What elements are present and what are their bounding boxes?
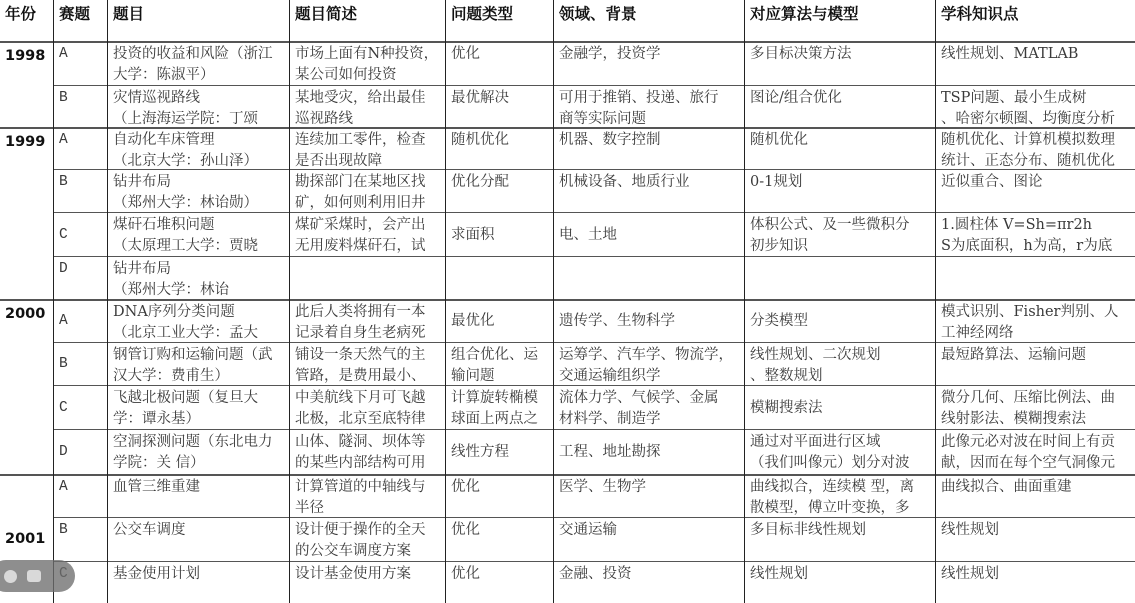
column-divider — [935, 0, 936, 603]
contest-cell: B — [54, 518, 108, 562]
chat-bubble-icon[interactable] — [4, 570, 17, 583]
knowledge-line: 1.圆柱体 V=Sh=πr2h — [941, 215, 1131, 236]
knowledge-cell: 线性规划 — [936, 518, 1135, 562]
field-line: 材料学、制造学 — [559, 409, 741, 430]
algorithm-line: 通过对平面进行区域 — [750, 432, 932, 453]
field-line: 流体力学、气候学、金属 — [559, 388, 741, 409]
title-line: 自动化车床管理 — [113, 130, 286, 151]
field-line: 商等实际问题 — [559, 109, 741, 128]
algorithm-line: 0-1规划 — [750, 172, 932, 193]
knowledge-cell: 微分几何、压缩比例法、曲线射影法、模糊搜索法 — [936, 386, 1135, 430]
title-cell: 飞越北极问题（复旦大学：谭永基） — [108, 386, 290, 430]
title-cell: 煤矸石堆积问题（太原理工大学：贾晓 — [108, 213, 290, 257]
algorithm-line: 体积公式、及一些微积分 — [750, 215, 932, 236]
row-divider — [54, 256, 1135, 257]
field-cell: 交通运输 — [554, 518, 745, 562]
contest-cell: B — [54, 86, 108, 128]
field-line: 金融学，投资学 — [559, 44, 741, 65]
summary-line: 管路，是费用最小、 — [295, 366, 442, 386]
title-line: （上海海运学院：丁颂 — [113, 109, 286, 128]
summary-line: 山体、隧洞、坝体等 — [295, 432, 442, 453]
field-line: 医学、生物学 — [559, 477, 741, 498]
algorithm-cell: 线性规划、二次规划、整数规划 — [745, 343, 936, 386]
contest-cell: A — [54, 128, 108, 170]
knowledge-line: 最短路算法、运输问题 — [941, 345, 1131, 366]
contest-cell: A — [54, 300, 108, 343]
year-cell: 2000 — [0, 300, 54, 475]
title-cell: DNA序列分类问题（北京工业大学：孟大 — [108, 300, 290, 343]
summary-line: 的公交车调度方案 — [295, 541, 442, 562]
algorithm-cell: 多目标非线性规划 — [745, 518, 936, 562]
type-cell: 最优化 — [446, 300, 554, 343]
contest-cell: C — [54, 386, 108, 430]
algorithm-cell: 图论/组合优化 — [745, 86, 936, 128]
algorithm-line: （我们叫像元）划分对波 — [750, 453, 932, 474]
knowledge-line: S为底面积，h为高，r为底 — [941, 236, 1131, 257]
field-cell: 金融学，投资学 — [554, 42, 745, 86]
summary-line: 铺设一条天然气的主 — [295, 345, 442, 366]
field-line: 遗传学、生物科学 — [559, 311, 675, 332]
summary-line: 记录着自身生老病死 — [295, 323, 442, 343]
algorithm-line: 模糊搜索法 — [750, 398, 823, 419]
summary-cell: 勘探部门在某地区找矿，如何则利用旧井 — [290, 170, 446, 213]
field-line: 交通运输 — [559, 520, 741, 541]
title-cell: 空洞探测问题（东北电力学院：关 信） — [108, 430, 290, 475]
title-line: 空洞探测问题（东北电力 — [113, 432, 286, 453]
title-line: 血管三维重建 — [113, 477, 286, 498]
field-line: 电、土地 — [559, 225, 617, 246]
knowledge-cell: 近似重合、图论 — [936, 170, 1135, 213]
field-cell: 金融、投资 — [554, 562, 745, 603]
algorithm-cell: 通过对平面进行区域（我们叫像元）划分对波 — [745, 430, 936, 475]
type-line: 优化 — [451, 44, 550, 65]
type-cell: 最优解决 — [446, 86, 554, 128]
title-line: （郑州大学：林诒 — [113, 280, 286, 300]
row-divider — [54, 85, 1135, 86]
algorithm-line: 、整数规划 — [750, 366, 932, 386]
contest-cell: D — [54, 257, 108, 300]
row-divider — [0, 41, 1135, 43]
summary-line: 矿，如何则利用旧井 — [295, 193, 442, 213]
title-line: 钢管订购和运输问题（武 — [113, 345, 286, 366]
contest-cell: A — [54, 42, 108, 86]
algorithm-cell: 线性规划 — [745, 562, 936, 603]
row-divider — [54, 169, 1135, 170]
field-cell: 遗传学、生物科学 — [554, 300, 745, 343]
knowledge-cell: 最短路算法、运输问题 — [936, 343, 1135, 386]
row-divider — [0, 299, 1135, 301]
header-field: 领域、背景 — [554, 0, 745, 42]
header-contest: 赛题 — [54, 0, 108, 42]
column-divider — [445, 0, 446, 603]
algorithm-cell: 模糊搜索法 — [745, 386, 936, 430]
field-line: 运筹学、汽车学、物流学， — [559, 345, 741, 366]
type-line: 最优化 — [451, 311, 495, 332]
title-line: 基金使用计划 — [113, 564, 286, 585]
title-cell: 灾情巡视路线（上海海运学院：丁颂 — [108, 86, 290, 128]
title-line: 钻井布局 — [113, 172, 286, 193]
title-line: 飞越北极问题（复旦大 — [113, 388, 286, 409]
title-line: 投资的收益和风险（浙江 — [113, 44, 286, 65]
type-cell: 计算旋转椭模球面上两点之 — [446, 386, 554, 430]
type-line: 求面积 — [451, 225, 495, 246]
type-cell: 优化 — [446, 42, 554, 86]
algorithm-cell — [745, 257, 936, 300]
summary-line: 设计便于操作的全天 — [295, 520, 442, 541]
title-line: 学：谭永基） — [113, 409, 286, 430]
summary-line: 是否出现故障 — [295, 151, 442, 170]
knowledge-cell — [936, 257, 1135, 300]
knowledge-line: 、哈密尔顿圈、均衡度分析 — [941, 109, 1131, 128]
algorithm-line: 散模型，傅立叶变换，多 — [750, 498, 932, 518]
title-line: 汉大学：费甫生） — [113, 366, 286, 386]
algorithm-line: 曲线拟合，连续模 型，离 — [750, 477, 932, 498]
knowledge-line: 模式识别、Fisher判别、人 — [941, 302, 1131, 323]
knowledge-line: 统计、正态分布、随机优化 — [941, 151, 1131, 170]
type-line: 最优解决 — [451, 88, 550, 109]
algorithm-line: 多目标非线性规划 — [750, 520, 932, 541]
header-type: 问题类型 — [446, 0, 554, 42]
knowledge-cell: 曲线拟合、曲面重建 — [936, 475, 1135, 518]
title-cell: 投资的收益和风险（浙江大学：陈淑平） — [108, 42, 290, 86]
algorithm-cell: 体积公式、及一些微积分初步知识 — [745, 213, 936, 257]
knowledge-line: 线性规划、MATLAB — [941, 44, 1131, 65]
title-line: （北京工业大学：孟大 — [113, 323, 286, 343]
field-cell: 运筹学、汽车学、物流学，交通运输组织学 — [554, 343, 745, 386]
row-divider — [54, 429, 1135, 430]
header-year: 年份 — [0, 0, 54, 42]
floating-toolbar[interactable] — [0, 560, 75, 592]
title-line: 煤矸石堆积问题 — [113, 215, 286, 236]
title-line: （太原理工大学：贾晓 — [113, 236, 286, 257]
type-line: 输问题 — [451, 366, 550, 386]
summary-line: 的某些内部结构可用 — [295, 453, 442, 474]
title-line: 学院：关 信） — [113, 453, 286, 474]
summary-line: 无用废料煤矸石，试 — [295, 236, 442, 257]
knowledge-cell: 线性规划 — [936, 562, 1135, 603]
header-knowledge: 学科知识点 — [936, 0, 1135, 42]
title-cell: 钻井布局（郑州大学：林诒勋） — [108, 170, 290, 213]
summary-cell: 设计便于操作的全天的公交车调度方案 — [290, 518, 446, 562]
algorithm-cell: 随机优化 — [745, 128, 936, 170]
summary-line: 中美航线下月可飞越 — [295, 388, 442, 409]
type-line: 优化 — [451, 477, 550, 498]
algorithm-cell: 曲线拟合，连续模 型，离散模型，傅立叶变换，多 — [745, 475, 936, 518]
field-line: 交通运输组织学 — [559, 366, 741, 386]
type-cell: 优化 — [446, 518, 554, 562]
title-line: 灾情巡视路线 — [113, 88, 286, 109]
knowledge-line: 线射影法、模糊搜索法 — [941, 409, 1131, 430]
knowledge-cell: 模式识别、Fisher判别、人工神经网络 — [936, 300, 1135, 343]
knowledge-line: 曲线拟合、曲面重建 — [941, 477, 1131, 498]
type-cell: 组合优化、运输问题 — [446, 343, 554, 386]
header-algorithm: 对应算法与模型 — [745, 0, 936, 42]
algorithm-line: 线性规划、二次规划 — [750, 345, 932, 366]
summary-line: 连续加工零件，检查 — [295, 130, 442, 151]
knowledge-cell: 1.圆柱体 V=Sh=πr2hS为底面积，h为高，r为底 — [936, 213, 1135, 257]
summary-line: 计算管道的中轴线与 — [295, 477, 442, 498]
type-line: 线性方程 — [451, 442, 509, 463]
field-cell: 可用于推销、投递、旅行商等实际问题 — [554, 86, 745, 128]
title-cell: 钻井布局（郑州大学：林诒 — [108, 257, 290, 300]
algorithm-line: 随机优化 — [750, 130, 932, 151]
row-divider — [54, 342, 1135, 343]
field-line: 机器、数字控制 — [559, 130, 741, 151]
title-line: DNA序列分类问题 — [113, 302, 286, 323]
row-divider — [54, 561, 1135, 562]
summary-line: 勘探部门在某地区找 — [295, 172, 442, 193]
field-cell: 工程、地址勘探 — [554, 430, 745, 475]
field-line: 金融、投资 — [559, 564, 741, 585]
row-divider — [54, 517, 1135, 518]
summary-cell: 此后人类将拥有一本记录着自身生老病死 — [290, 300, 446, 343]
field-line: 可用于推销、投递、旅行 — [559, 88, 741, 109]
algorithm-line: 线性规划 — [750, 564, 932, 585]
knowledge-line: 线性规划 — [941, 564, 1131, 585]
type-line: 计算旋转椭模 — [451, 388, 550, 409]
algorithm-cell: 多目标决策方法 — [745, 42, 936, 86]
algorithm-cell: 分类模型 — [745, 300, 936, 343]
column-divider — [289, 0, 290, 603]
summary-line: 半径 — [295, 498, 442, 518]
type-cell: 随机优化 — [446, 128, 554, 170]
title-line: 大学：陈淑平） — [113, 65, 286, 86]
summary-cell: 连续加工零件，检查是否出现故障 — [290, 128, 446, 170]
type-line: 优化 — [451, 564, 550, 585]
title-line: （郑州大学：林诒勋） — [113, 193, 286, 213]
contest-problems-table: 年份赛题题目题目简述问题类型领域、背景对应算法与模型学科知识点199819992… — [0, 0, 1135, 603]
contest-cell: C — [54, 213, 108, 257]
field-cell: 电、土地 — [554, 213, 745, 257]
summary-line: 某地受灾，给出最佳 — [295, 88, 442, 109]
summary-line: 此后人类将拥有一本 — [295, 302, 442, 323]
type-line: 球面上两点之 — [451, 409, 550, 430]
algorithm-line: 多目标决策方法 — [750, 44, 932, 65]
type-cell: 优化分配 — [446, 170, 554, 213]
knowledge-line: 微分几何、压缩比例法、曲 — [941, 388, 1131, 409]
title-line: （北京大学：孙山泽） — [113, 151, 286, 170]
algorithm-line: 分类模型 — [750, 311, 808, 332]
summary-cell: 煤矿采煤时，会产出无用废料煤矸石，试 — [290, 213, 446, 257]
summary-line: 煤矿采煤时，会产出 — [295, 215, 442, 236]
field-cell: 流体力学、气候学、金属材料学、制造学 — [554, 386, 745, 430]
algorithm-line: 图论/组合优化 — [750, 88, 932, 109]
field-cell: 机器、数字控制 — [554, 128, 745, 170]
field-cell — [554, 257, 745, 300]
contest-cell: B — [54, 343, 108, 386]
title-cell: 钢管订购和运输问题（武汉大学：费甫生） — [108, 343, 290, 386]
row-divider — [54, 385, 1135, 386]
header-title: 题目 — [108, 0, 290, 42]
field-line: 机械设备、地质行业 — [559, 172, 741, 193]
knowledge-cell: 此像元必对波在时间上有贡献，因而在每个空气洞像元 — [936, 430, 1135, 475]
contest-cell: D — [54, 430, 108, 475]
type-cell: 线性方程 — [446, 430, 554, 475]
summary-cell: 设计基金使用方案 — [290, 562, 446, 603]
contest-cell: B — [54, 170, 108, 213]
algorithm-cell: 0-1规划 — [745, 170, 936, 213]
field-cell: 机械设备、地质行业 — [554, 170, 745, 213]
year-cell: 1998 — [0, 42, 54, 128]
summary-cell: 中美航线下月可飞越北极，北京至底特律 — [290, 386, 446, 430]
type-line: 随机优化 — [451, 130, 550, 151]
summary-line: 市场上面有N种投资， — [295, 44, 442, 65]
row-divider — [54, 212, 1135, 213]
summary-cell: 计算管道的中轴线与半径 — [290, 475, 446, 518]
title-cell: 自动化车床管理（北京大学：孙山泽） — [108, 128, 290, 170]
title-cell: 血管三维重建 — [108, 475, 290, 518]
knowledge-line: 工神经网络 — [941, 323, 1131, 343]
message-icon[interactable] — [27, 570, 41, 582]
summary-cell — [290, 257, 446, 300]
summary-cell: 市场上面有N种投资，某公司如何投资 — [290, 42, 446, 86]
knowledge-line: 线性规划 — [941, 520, 1131, 541]
summary-line: 巡视路线 — [295, 109, 442, 128]
knowledge-line: 献，因而在每个空气洞像元 — [941, 453, 1131, 474]
year-cell: 1999 — [0, 128, 54, 300]
title-cell: 公交车调度 — [108, 518, 290, 562]
knowledge-cell: 随机优化、计算机模拟数理统计、正态分布、随机优化 — [936, 128, 1135, 170]
contest-cell: A — [54, 475, 108, 518]
field-cell: 医学、生物学 — [554, 475, 745, 518]
title-cell: 基金使用计划 — [108, 562, 290, 603]
column-divider — [53, 0, 54, 603]
algorithm-line: 初步知识 — [750, 236, 932, 257]
row-divider — [0, 474, 1135, 476]
column-divider — [553, 0, 554, 603]
summary-cell: 铺设一条天然气的主管路，是费用最小、 — [290, 343, 446, 386]
header-summary: 题目简述 — [290, 0, 446, 42]
summary-line: 北极，北京至底特律 — [295, 409, 442, 430]
knowledge-line: 随机优化、计算机模拟数理 — [941, 130, 1131, 151]
summary-cell: 山体、隧洞、坝体等的某些内部结构可用 — [290, 430, 446, 475]
title-line: 公交车调度 — [113, 520, 286, 541]
column-divider — [107, 0, 108, 603]
knowledge-cell: 线性规划、MATLAB — [936, 42, 1135, 86]
column-divider — [744, 0, 745, 603]
knowledge-cell: TSP问题、最小生成树、哈密尔顿圈、均衡度分析 — [936, 86, 1135, 128]
type-line: 优化 — [451, 520, 550, 541]
type-cell: 优化 — [446, 475, 554, 518]
knowledge-line: 近似重合、图论 — [941, 172, 1131, 193]
type-cell — [446, 257, 554, 300]
summary-cell: 某地受灾，给出最佳巡视路线 — [290, 86, 446, 128]
type-line: 优化分配 — [451, 172, 550, 193]
summary-line: 某公司如何投资 — [295, 65, 442, 86]
knowledge-line: TSP问题、最小生成树 — [941, 88, 1131, 109]
field-line: 工程、地址勘探 — [559, 442, 661, 463]
knowledge-line: 此像元必对波在时间上有贡 — [941, 432, 1131, 453]
summary-line: 设计基金使用方案 — [295, 564, 442, 585]
row-divider — [0, 127, 1135, 129]
type-cell: 求面积 — [446, 213, 554, 257]
title-line: 钻井布局 — [113, 259, 286, 280]
type-cell: 优化 — [446, 562, 554, 603]
type-line: 组合优化、运 — [451, 345, 550, 366]
